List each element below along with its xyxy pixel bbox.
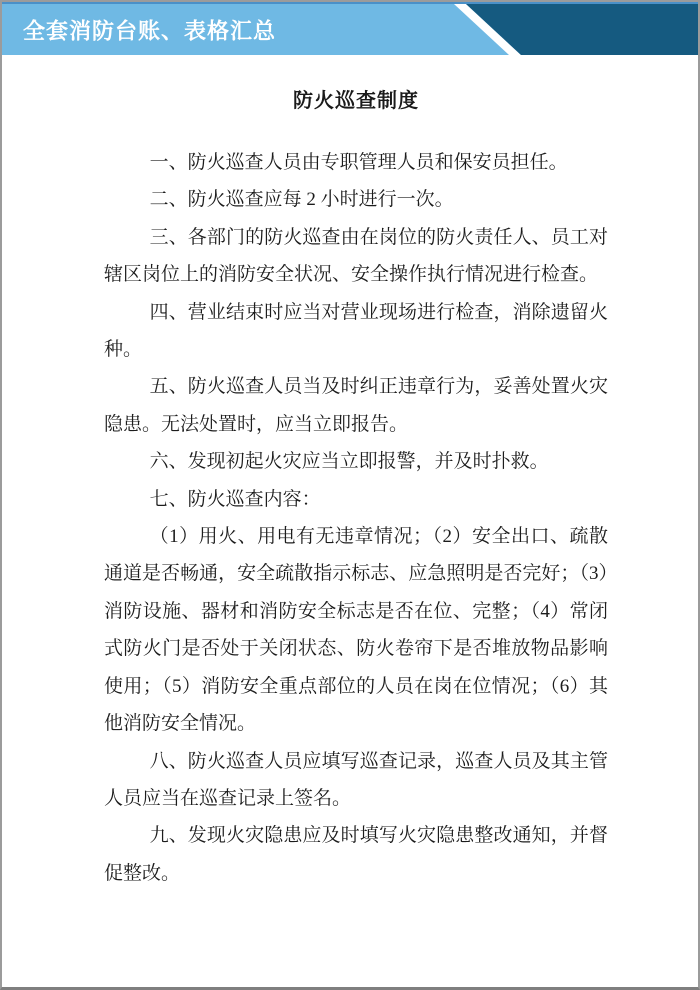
- banner-corner-decoration: [444, 4, 698, 55]
- paragraph-5: 五、防火巡查人员当及时纠正违章行为，妥善处置火灾隐患。无法处置时，应当立即报告。: [104, 368, 608, 443]
- paragraph-4: 四、营业结束时应当对营业现场进行检查，消除遗留火种。: [104, 294, 608, 369]
- paragraph-9: 八、防火巡查人员应填写巡查记录，巡查人员及其主管人员应当在巡查记录上签名。: [104, 743, 608, 818]
- paragraph-8: （1）用火、用电有无违章情况；（2）安全出口、疏散通道是否畅通，安全疏散指示标志…: [104, 518, 608, 742]
- document-page: 全套消防台账、表格汇总 防火巡查制度 一、防火巡查人员由专职管理人员和保安员担任…: [0, 0, 700, 990]
- document-body: 防火巡查制度 一、防火巡查人员由专职管理人员和保安员担任。 二、防火巡查应每 2…: [2, 55, 698, 892]
- banner: 全套消防台账、表格汇总: [2, 2, 698, 55]
- paragraph-10: 九、发现火灾隐患应及时填写火灾隐患整改通知，并督促整改。: [104, 817, 608, 892]
- paragraph-6: 六、发现初起火灾应当立即报警，并及时扑救。: [104, 443, 608, 480]
- paragraph-2: 二、防火巡查应每 2 小时进行一次。: [104, 181, 608, 218]
- document-title: 防火巡查制度: [104, 84, 608, 113]
- paragraph-3: 三、各部门的防火巡查由在岗位的防火责任人、员工对辖区岗位上的消防安全状况、安全操…: [104, 219, 608, 294]
- banner-title: 全套消防台账、表格汇总: [23, 14, 276, 45]
- paragraph-7: 七、防火巡查内容：: [104, 481, 608, 518]
- paragraph-1: 一、防火巡查人员由专职管理人员和保安员担任。: [104, 144, 608, 181]
